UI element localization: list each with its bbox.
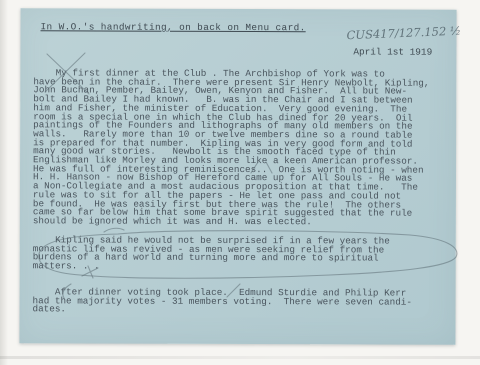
paragraph-after-dinner-voting: After dinner voting took place. Edmund S… [33,288,412,315]
paragraph-first-dinner: My first dinner at the Club . The Archbi… [33,69,430,227]
header-note: In W.O.'s handwriting, on back on Menu c… [41,21,306,33]
reference-number-handwritten: CUS417/127.152 ½ [346,23,476,42]
scanner-edge-shadow [0,356,480,359]
paper: In W.O.'s handwriting, on back on Menu c… [19,8,456,345]
paragraph-kipling-monastic-life: Kipling said he would not be surprised i… [33,236,390,272]
date-line: April 1st 1919 [353,46,432,57]
scanned-document: In W.O.'s handwriting, on back on Menu c… [0,0,480,365]
